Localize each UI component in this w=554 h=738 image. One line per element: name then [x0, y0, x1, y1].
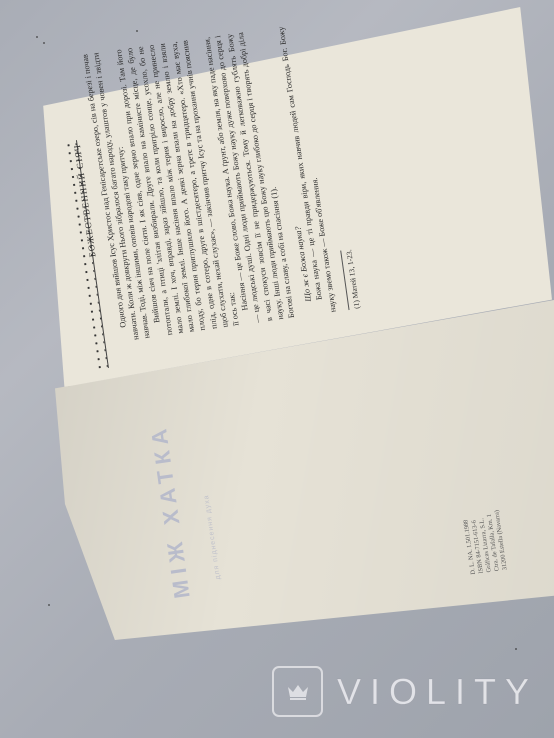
surface-speck: [48, 604, 50, 606]
watermark-logo-box: [272, 666, 323, 717]
crown-icon: [286, 683, 310, 701]
surface-speck: [43, 42, 45, 44]
watermark-brand: VIOLITY: [337, 671, 538, 713]
imprint-block: D. L. NA. 1.501.1988 ISBN 84-7151-613-6 …: [462, 510, 510, 575]
watermark: VIOLITY: [272, 666, 538, 717]
surface-speck: [36, 36, 38, 38]
text-block: Божественний сіяч Одного дня вийшов Ісус…: [50, 0, 387, 345]
surface-speck: [515, 648, 517, 650]
